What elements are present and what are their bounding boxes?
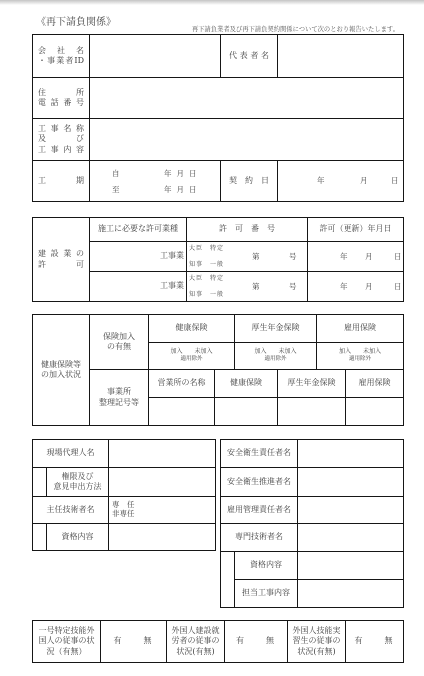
header-permit-trade: 施工に必要な許可業種	[89, 217, 187, 242]
yes-no-options: 有 無	[114, 636, 154, 646]
header-employment-insurance: 雇用保険	[316, 314, 404, 343]
yes-no-options: 有 無	[355, 636, 395, 646]
contract-year-unit: 年	[317, 177, 325, 185]
permit-month-unit: 月	[365, 253, 373, 261]
chief-engineer-field[interactable]: 専 任 非専任	[108, 496, 216, 524]
permit-number-field[interactable]: 大臣 特定 知事 一般 第 号	[186, 271, 308, 302]
number-suffix: 号	[289, 253, 297, 261]
safety-manager-label: 安全衛生責任者名	[220, 439, 298, 468]
foreign-construction-worker-label: 外国人建設就 労者の従事の 状況(有無)	[166, 620, 225, 663]
office-pension-number-field[interactable]	[277, 397, 346, 426]
safety-promoter-field[interactable]	[297, 467, 404, 497]
site-agent-label: 現場代理人名	[32, 439, 109, 468]
pension-insurance-enrollment-field[interactable]: 加入 未加入 適用除外	[234, 342, 317, 370]
work-name-label-text: 工事名称 及 び 工事内容	[33, 124, 89, 155]
contract-date-field[interactable]: 年 月 日	[277, 160, 404, 202]
employment-insurance-enrollment-field[interactable]: 加入 未加入 適用除外	[316, 342, 404, 370]
permit-day-unit: 日	[394, 283, 402, 291]
permit-date-field[interactable]: 年 月 日	[307, 241, 404, 272]
specified-skilled-worker-field[interactable]: 有 無	[100, 620, 167, 663]
technical-intern-field[interactable]: 有 無	[345, 620, 404, 663]
header-office-employment: 雇用保険	[345, 369, 404, 398]
insurance-status-label: 健康保険等 の加入状況	[32, 314, 90, 426]
assigned-work-label: 担当工事内容	[234, 579, 298, 608]
address-phone-label-text: 住 所 電話番号	[33, 88, 89, 108]
work-period-label-text: 工 期	[33, 176, 89, 186]
exempt-option: 適用除外	[264, 356, 286, 362]
number-prefix: 第	[252, 253, 260, 261]
trade-suffix: 工事業	[160, 251, 184, 261]
office-employment-number-field[interactable]	[345, 397, 404, 426]
header-office-health: 健康保険	[214, 369, 278, 398]
office-health-number-field[interactable]	[214, 397, 278, 426]
employment-manager-field[interactable]	[297, 496, 404, 524]
representative-label: 代表者名	[220, 34, 278, 78]
company-name-label: 会 社 名 ・事業者ID	[32, 34, 90, 78]
period-to-date-units: 年月日	[164, 186, 202, 194]
permit-label: 建設業の 許 可	[32, 217, 90, 302]
header-office-name: 営業所の名称	[148, 369, 215, 398]
period-from-label: 自	[112, 170, 120, 178]
period-from-date-units: 年月日	[164, 170, 202, 178]
representative-label-text: 代表者名	[221, 51, 277, 61]
foreign-construction-worker-field[interactable]: 有 無	[224, 620, 288, 663]
exempt-option: 適用除外	[180, 356, 202, 362]
address-phone-field[interactable]	[89, 77, 404, 119]
exempt-option: 適用除外	[349, 356, 371, 362]
office-name-field[interactable]	[148, 397, 215, 426]
representative-field[interactable]	[277, 34, 404, 78]
permit-trade-field[interactable]: 工事業	[89, 271, 187, 302]
contract-date-label: 契約日	[220, 160, 278, 202]
contract-month-unit: 月	[360, 177, 368, 185]
company-name-field[interactable]	[89, 34, 221, 78]
site-agent-field[interactable]	[108, 439, 216, 468]
chief-engineer-label: 主任技術者名	[32, 496, 109, 524]
authority-option-minister-specific: 大臣 特定	[189, 276, 224, 282]
authority-method-label: 権限及び 意見申出方法	[46, 467, 109, 497]
chief-qualification-field[interactable]	[108, 523, 216, 551]
contract-date-label-text: 契約日	[221, 176, 277, 186]
permit-date-field[interactable]: 年 月 日	[307, 271, 404, 302]
number-prefix: 第	[252, 283, 260, 291]
page-title: 《再下請負関係》	[36, 13, 116, 28]
specified-skilled-worker-label: 一号特定技能外 国人の従事の状 況（有無）	[32, 620, 101, 663]
specialist-qualification-field[interactable]	[297, 551, 404, 580]
assigned-work-field[interactable]	[297, 579, 404, 608]
permit-trade-field[interactable]: 工事業	[89, 241, 187, 272]
authority-method-field[interactable]	[108, 467, 216, 497]
permit-number-field[interactable]: 大臣 特定 知事 一般 第 号	[186, 241, 308, 272]
permit-year-unit: 年	[340, 253, 348, 261]
specialist-qualification-label: 資格内容	[234, 551, 298, 580]
header-office-pension: 厚生年金保険	[277, 369, 346, 398]
contract-day-unit: 日	[391, 177, 399, 185]
permit-label-text: 建設業の 許 可	[33, 249, 89, 269]
period-to-label: 至	[112, 186, 120, 194]
dedicated-options: 専 任 非専任	[112, 501, 135, 518]
chief-qualification-label: 資格内容	[46, 523, 109, 551]
number-suffix: 号	[289, 283, 297, 291]
authority-option-governor-general: 知事 一般	[189, 262, 224, 268]
permit-year-unit: 年	[340, 283, 348, 291]
authority-option-governor-general: 知事 一般	[189, 292, 224, 298]
employment-manager-label: 雇用管理責任者名	[220, 496, 298, 524]
header-health-insurance: 健康保険	[148, 314, 235, 343]
header-permit-number: 許 可 番 号	[186, 217, 308, 242]
work-name-field[interactable]	[89, 118, 404, 161]
permit-month-unit: 月	[365, 283, 373, 291]
work-name-label: 工事名称 及 び 工事内容	[32, 118, 90, 161]
yes-no-options: 有 無	[236, 636, 276, 646]
work-period-label: 工 期	[32, 160, 90, 202]
technical-intern-label: 外国人技能実 習生の従事の 状況(有無)	[287, 620, 346, 663]
address-phone-label: 住 所 電話番号	[32, 77, 90, 119]
enrollment-label: 保険加入 の有無	[89, 314, 149, 370]
window-top-shadow	[0, 0, 424, 5]
health-insurance-enrollment-field[interactable]: 加入 未加入 適用除外	[148, 342, 235, 370]
safety-promoter-label: 安全衛生推進者名	[220, 467, 298, 497]
specialist-engineer-field[interactable]	[297, 523, 404, 552]
permit-day-unit: 日	[394, 253, 402, 261]
page-subtitle: 再下請負業者及び再下請負契約関係について次のとおり報告いたします。	[192, 24, 399, 33]
safety-manager-field[interactable]	[297, 439, 404, 468]
specialist-engineer-label: 専門技術者名	[220, 523, 298, 552]
company-name-label-text: 会 社 名 ・事業者ID	[33, 46, 89, 66]
office-registration-label: 事業所 整理記号等	[89, 369, 149, 426]
trade-suffix: 工事業	[160, 281, 184, 291]
header-permit-date: 許可（更新）年月日	[307, 217, 404, 242]
authority-option-minister-specific: 大臣 特定	[189, 246, 224, 252]
work-period-field[interactable]: 自 年月日 至 年月日	[89, 160, 221, 202]
header-pension-insurance: 厚生年金保険	[234, 314, 317, 343]
